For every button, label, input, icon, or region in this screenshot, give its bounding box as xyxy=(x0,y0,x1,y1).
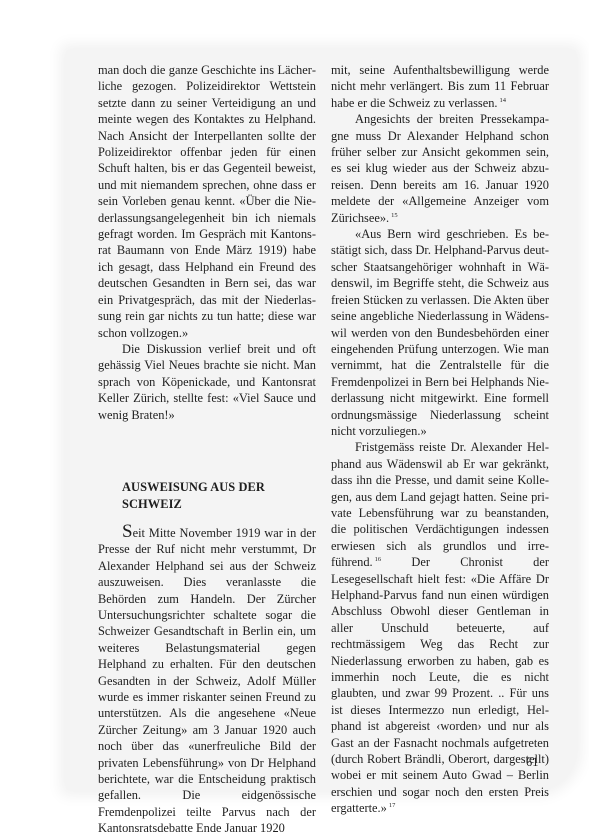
section-heading-line: AUSWEISUNG AUS DER xyxy=(122,480,265,494)
paragraph: Die Diskussion verlief breit und oft geh… xyxy=(98,341,316,423)
page-number: 61 xyxy=(526,755,538,770)
paragraph-text: eit Mitte November 1919 war in der Press… xyxy=(98,526,316,800)
quote-paragraph: «Aus Bern wird geschrieben. Es be­stätig… xyxy=(331,226,549,439)
footnote-ref: 14 xyxy=(500,97,507,104)
drop-cap: S xyxy=(122,521,133,542)
paragraph-text: mit, seine Aufenthaltsbewilligung werde … xyxy=(331,63,549,110)
paragraph: mit, seine Aufenthaltsbewilligung werde … xyxy=(331,62,549,111)
paragraph-text: Fristgemäss reiste Dr. Alexander Hel­pha… xyxy=(331,440,549,569)
left-column: man doch die ganze Geschichte ins Lächer… xyxy=(98,62,316,800)
paragraph: man doch die ganze Geschichte ins Lächer… xyxy=(98,62,316,341)
paragraph: Fristgemäss reiste Dr. Alexander Hel­pha… xyxy=(331,439,549,800)
paragraph-text: Angesichts der breiten Pressekampa­gne m… xyxy=(331,112,549,224)
paragraph: Seit Mitte November 1919 war in der Pres… xyxy=(98,525,316,800)
right-column: mit, seine Aufenthaltsbewilligung werde … xyxy=(331,62,549,800)
footnote-ref: 16 xyxy=(375,556,382,563)
section-heading: AUSWEISUNG AUS DER SCHWEIZ xyxy=(122,479,316,513)
paragraph-text: Der Chronist der Lesegesellschaft hielt … xyxy=(331,555,549,800)
paragraph: Angesichts der breiten Pressekampa­gne m… xyxy=(331,111,549,226)
section-heading-line: SCHWEIZ xyxy=(122,497,182,511)
footnote-ref: 15 xyxy=(391,212,398,219)
